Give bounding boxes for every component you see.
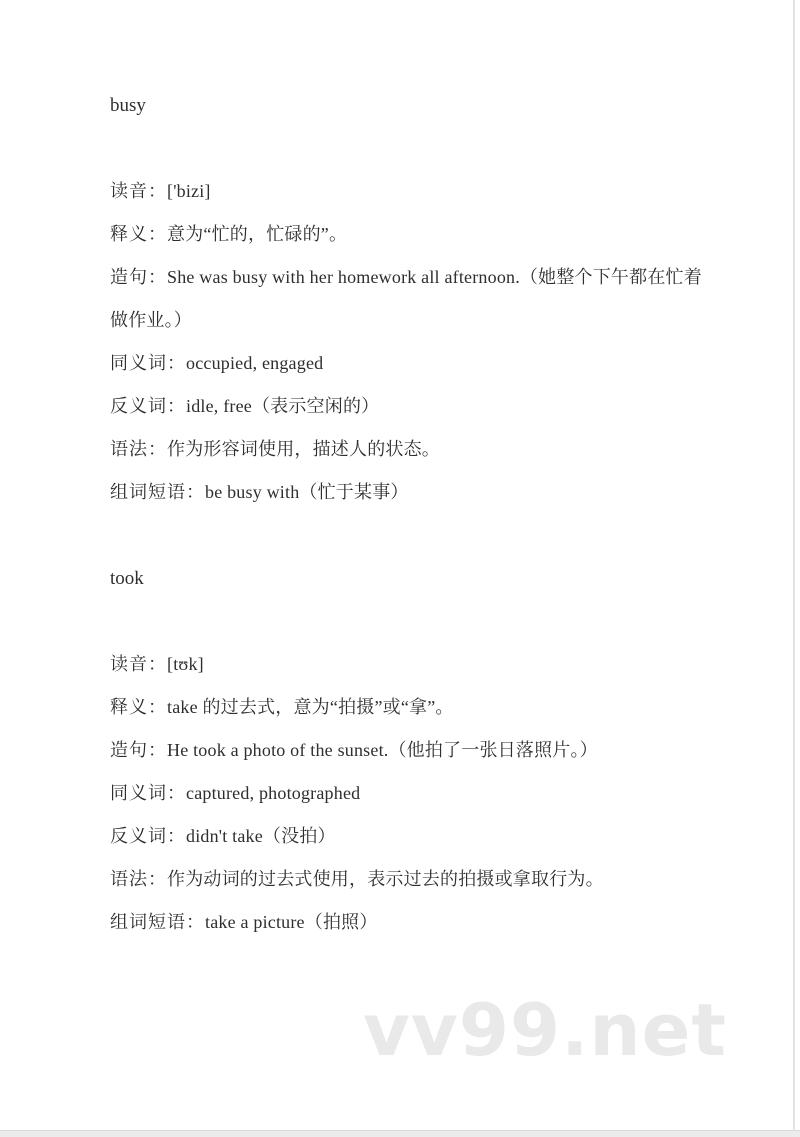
site-watermark: vv99.net (363, 994, 727, 1066)
field-value: 意为“忙的，忙碌的”。 (167, 224, 347, 244)
field-label: 组词短语： (110, 482, 205, 502)
field-label: 反义词： (110, 826, 186, 846)
field-label: 同义词： (110, 353, 186, 373)
field-example-sentence: 造句：She was busy with her homework all af… (110, 256, 702, 342)
field-synonyms: 同义词：captured, photographed (110, 772, 702, 815)
field-label: 造句： (110, 267, 167, 287)
field-value: captured, photographed (186, 783, 360, 803)
field-phrases: 组词短语：be busy with（忙于某事） (110, 471, 702, 514)
page-content: busy 读音：['bizi] 释义：意为“忙的，忙碌的”。 造句：She wa… (0, 0, 702, 944)
field-pronunciation: 读音：[tʊk] (110, 643, 702, 686)
field-value: 作为动词的过去式使用，表示过去的拍摄或拿取行为。 (167, 869, 604, 889)
entry-word: busy (110, 84, 702, 127)
field-phrases: 组词短语：take a picture（拍照） (110, 901, 702, 944)
field-label: 造句： (110, 740, 167, 760)
field-example-sentence: 造句：He took a photo of the sunset.（他拍了一张日… (110, 729, 702, 772)
field-grammar: 语法：作为形容词使用，描述人的状态。 (110, 428, 702, 471)
field-value: take a picture（拍照） (205, 912, 378, 932)
field-definition: 释义：意为“忙的，忙碌的”。 (110, 213, 702, 256)
field-antonyms: 反义词：didn't take（没拍） (110, 815, 702, 858)
field-value: didn't take（没拍） (186, 826, 336, 846)
document-page: busy 读音：['bizi] 释义：意为“忙的，忙碌的”。 造句：She wa… (0, 0, 795, 1130)
field-synonyms: 同义词：occupied, engaged (110, 342, 702, 385)
field-value: 作为形容词使用，描述人的状态。 (167, 439, 440, 459)
field-value: He took a photo of the sunset.（他拍了一张日落照片… (167, 740, 598, 760)
entry-word: took (110, 557, 702, 600)
field-label: 语法： (110, 869, 167, 889)
field-pronunciation: 读音：['bizi] (110, 170, 702, 213)
field-value: be busy with（忙于某事） (205, 482, 409, 502)
field-label: 释义： (110, 697, 167, 717)
field-value: She was busy with her homework all after… (110, 267, 702, 330)
field-value: [tʊk] (167, 654, 204, 674)
field-value: ['bizi] (167, 181, 211, 201)
vocab-entry-took: took 读音：[tʊk] 释义：take 的过去式，意为“拍摄”或“拿”。 造… (110, 557, 702, 944)
field-label: 反义词： (110, 396, 186, 416)
field-label: 组词短语： (110, 912, 205, 932)
field-antonyms: 反义词：idle, free（表示空闲的） (110, 385, 702, 428)
field-definition: 释义：take 的过去式，意为“拍摄”或“拿”。 (110, 686, 702, 729)
field-label: 语法： (110, 439, 167, 459)
field-value: idle, free（表示空闲的） (186, 396, 379, 416)
field-label: 同义词： (110, 783, 186, 803)
field-label: 读音： (110, 654, 167, 674)
field-label: 释义： (110, 224, 167, 244)
page-bottom-edge (0, 1130, 800, 1137)
field-value: take 的过去式，意为“拍摄”或“拿”。 (167, 697, 454, 717)
field-value: occupied, engaged (186, 353, 323, 373)
vocab-entry-busy: busy 读音：['bizi] 释义：意为“忙的，忙碌的”。 造句：She wa… (110, 84, 702, 514)
field-label: 读音： (110, 181, 167, 201)
field-grammar: 语法：作为动词的过去式使用，表示过去的拍摄或拿取行为。 (110, 858, 702, 901)
